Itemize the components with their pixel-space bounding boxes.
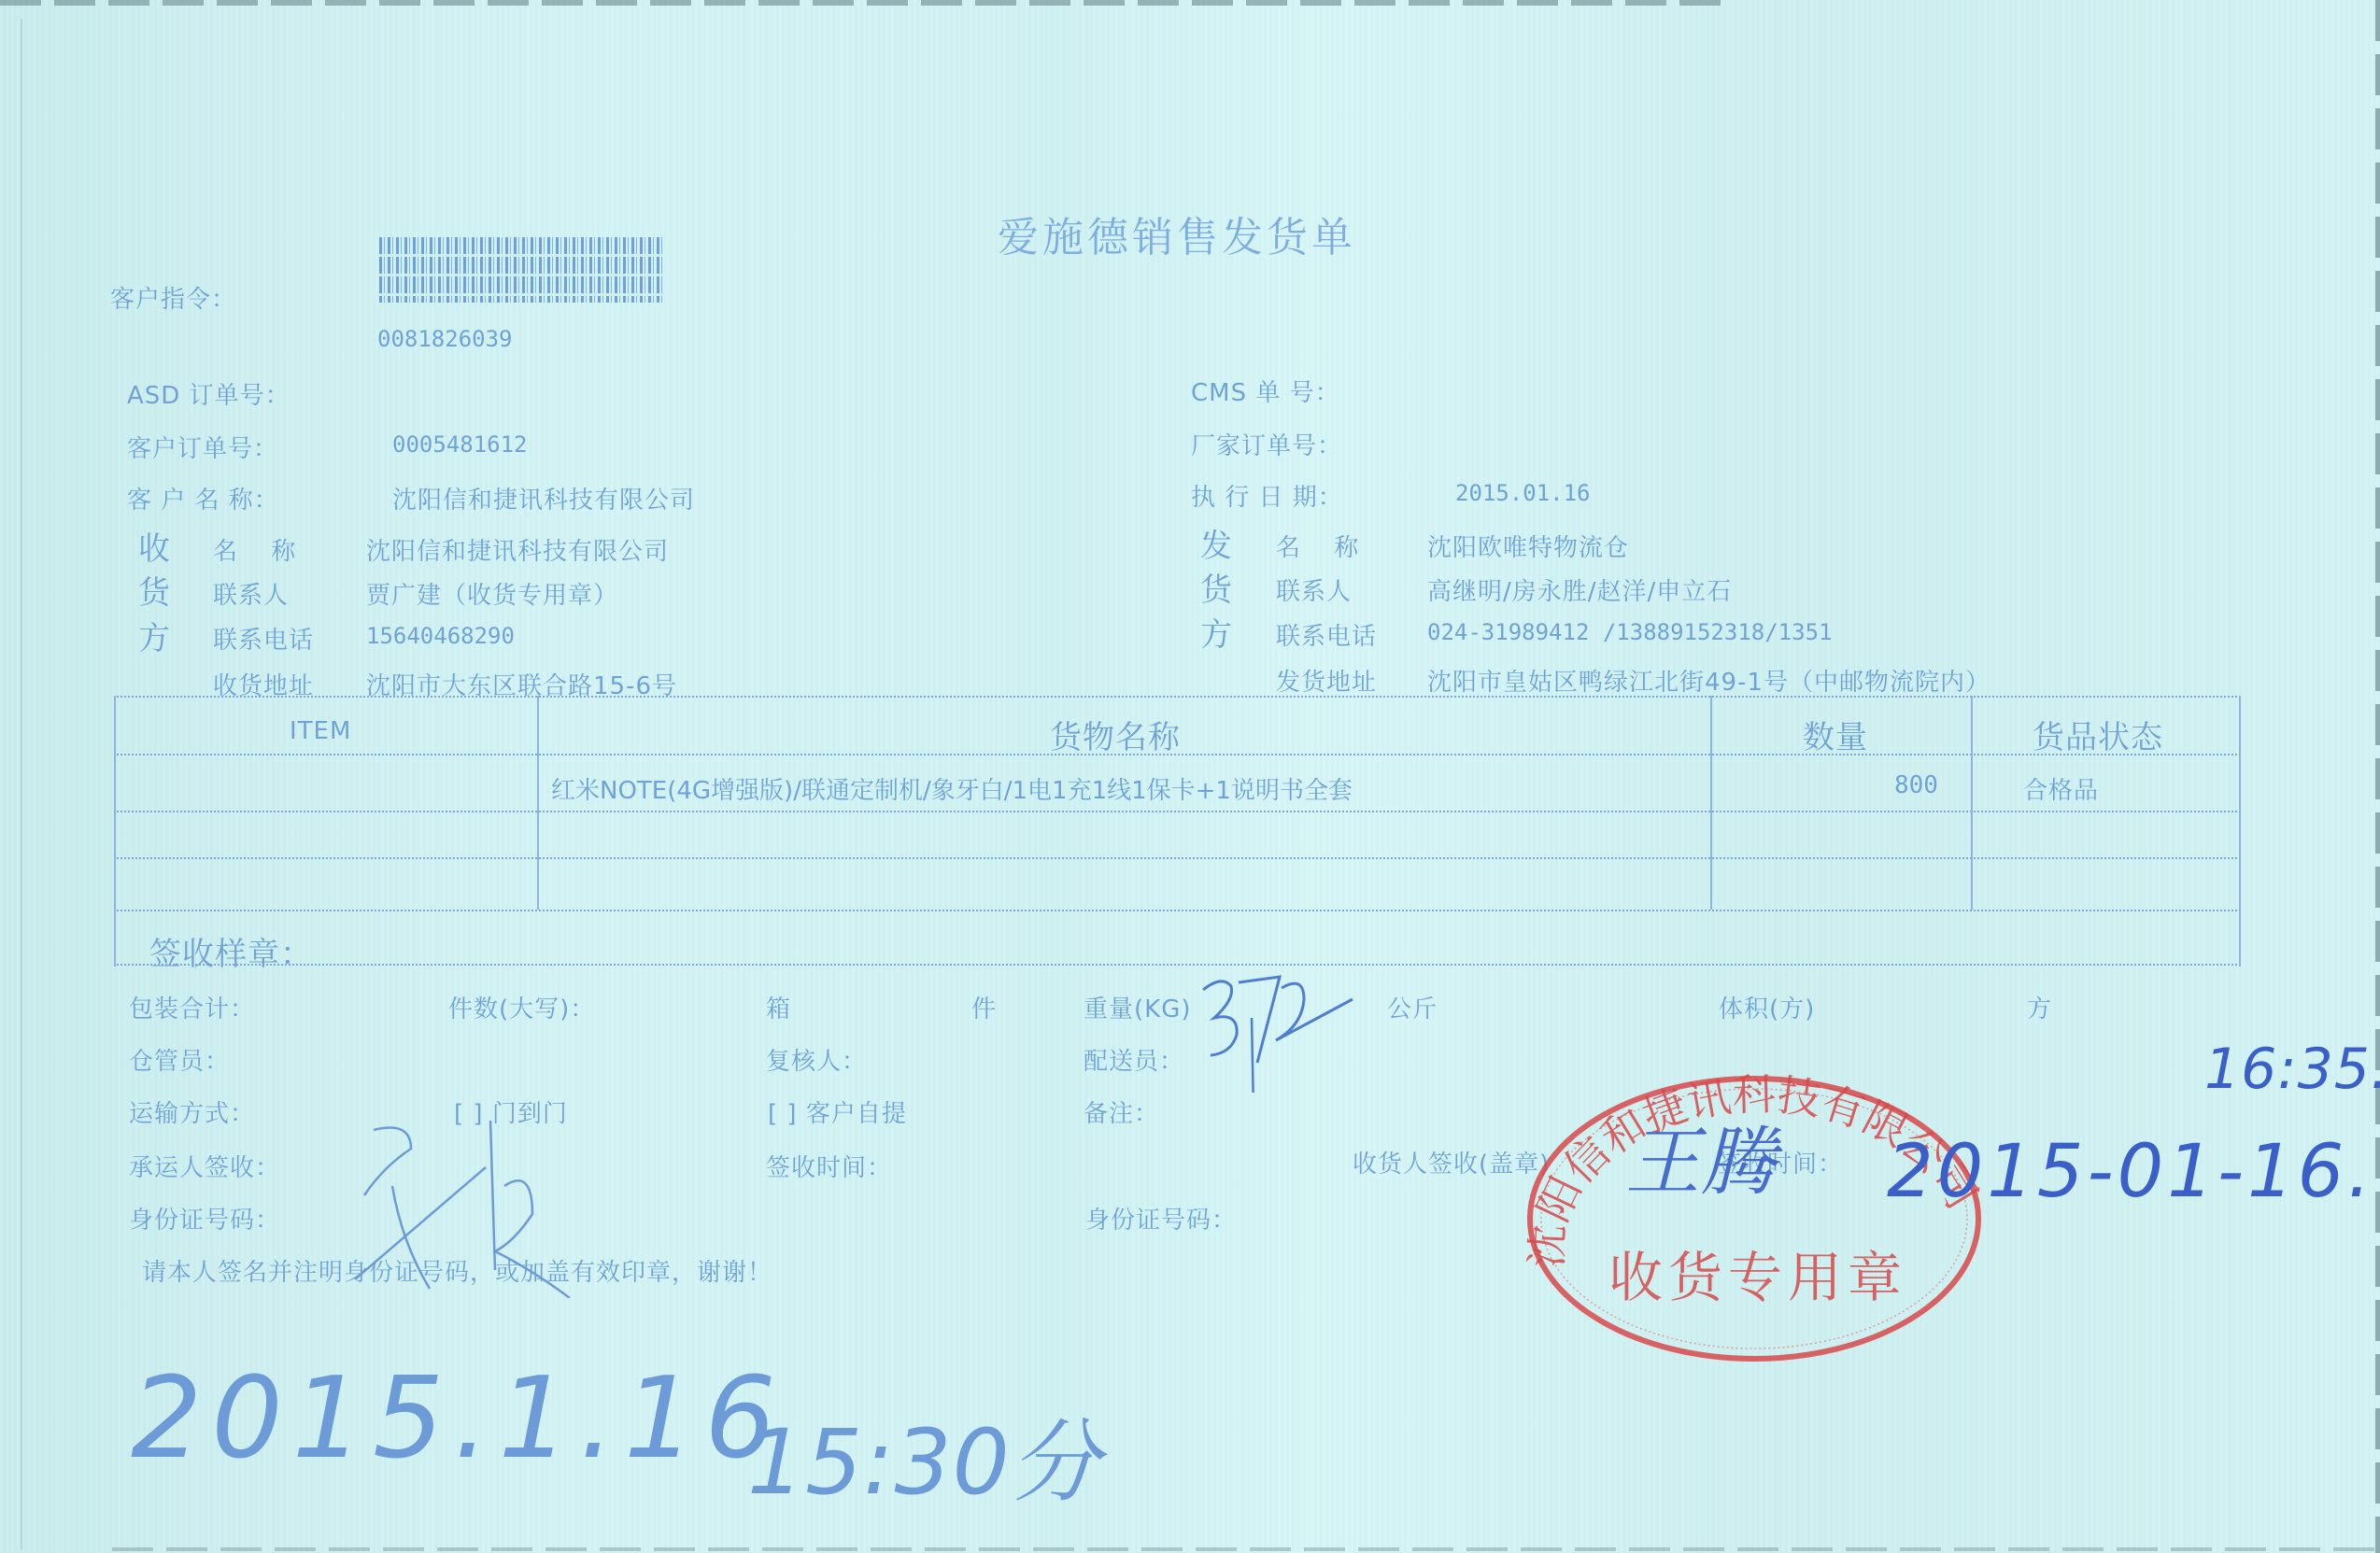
paper-left-edge (21, 19, 22, 1550)
vendor-order-label: 厂家订单号： (1191, 427, 1342, 461)
weight-value: 372 (1196, 981, 1200, 981)
shipper-name-value: 沈阳欧唯特物流仓 (1427, 529, 1629, 563)
deliverer-label: 配送员： (1084, 1042, 1184, 1077)
customer-instruction-label: 客户指令： (110, 280, 236, 315)
receiver-side-char-2: 货 (138, 567, 171, 613)
id-number-label-right: 身份证号码： (1085, 1201, 1237, 1235)
weight-label: 重量(KG) (1084, 990, 1192, 1024)
weight-unit-label: 公斤 (1387, 990, 1438, 1024)
svg-text:收货专用章: 收货专用章 (1608, 1246, 1907, 1309)
row-quantity: 800 (1894, 771, 1938, 799)
shipper-side-char-3: 方 (1200, 609, 1233, 655)
row-goods-name: 红米NOTE(4G增强版)/联通定制机/象牙白/1电1充1线1保卡+1说明书全套 (551, 771, 1353, 806)
consignee-signature: 王腾 (1625, 1102, 1777, 1209)
warehouse-keeper-label: 仓管员： (129, 1042, 230, 1077)
shipper-phone-value: 024-31989412 /13889152318/1351 (1427, 619, 1832, 645)
perforation-top (0, 0, 1728, 6)
cms-no-label: CMS 单 号： (1191, 374, 1340, 408)
customer-order-value: 0005481612 (392, 431, 528, 458)
receiver-name-label: 名 称 (213, 532, 308, 567)
handwritten-weight (1177, 962, 1364, 1093)
shipper-phone-label: 联系电话 (1276, 617, 1377, 652)
customer-pickup-option[interactable]: [ ] 客户自提 (768, 1094, 907, 1129)
exec-date-label: 执 行 日 期： (1191, 478, 1343, 513)
shipper-name-label: 名 称 (1276, 529, 1371, 563)
package-total-label: 包装合计： (129, 990, 255, 1024)
shipper-side-char-1: 发 (1200, 520, 1233, 566)
column-header-status: 货品状态 (2033, 712, 2163, 757)
reviewer-label: 复核人： (766, 1042, 867, 1077)
volume-label: 体积(方) (1719, 990, 1815, 1024)
volume-unit-label: 方 (2027, 990, 2052, 1024)
receiver-side-char-1: 收 (138, 523, 171, 569)
bottom-handwritten-date: 2015.1.16 (131, 1354, 786, 1484)
barcode (379, 237, 663, 303)
perforation-bottom (112, 1547, 2380, 1551)
row-status: 合格品 (2023, 771, 2099, 806)
customer-name-label: 客 户 名 称： (127, 481, 279, 515)
shipper-address-value: 沈阳市皇姑区鸭绿江北街49-1号（中邮物流院内） (1427, 663, 1990, 698)
receiver-side-char-3: 方 (138, 613, 171, 658)
transport-mode-label: 运输方式： (129, 1094, 255, 1129)
customer-instruction-value: 0081826039 (377, 326, 513, 352)
consignee-date: 2015-01-16. (1887, 1130, 2374, 1214)
sign-stamp-label: 签收样章： (149, 928, 313, 974)
column-header-goods-name: 货物名称 (1050, 712, 1181, 757)
piece-unit-label: 件 (971, 990, 997, 1024)
perforation-right (2375, 0, 2380, 1553)
pieces-caps-label: 件数(大写)： (448, 990, 595, 1024)
document-title: 爱施德销售发货单 (998, 204, 1356, 263)
receiver-contact-label: 联系人 (213, 576, 289, 611)
shipper-address-label: 发货地址 (1276, 663, 1377, 698)
shipper-side-char-2: 货 (1200, 564, 1233, 610)
customer-order-label: 客户订单号： (127, 430, 278, 464)
receiver-name-value: 沈阳信和捷讯科技有限公司 (366, 532, 669, 567)
bottom-handwritten-time: 15:30分 (747, 1391, 1101, 1519)
receiver-phone-value: 15640468290 (366, 623, 515, 649)
consignee-time: 16:35. (2204, 1037, 2380, 1102)
customer-name-value: 沈阳信和捷讯科技有限公司 (392, 481, 695, 515)
shipper-contact-value: 高继明/房永胜/赵洋/申立石 (1427, 572, 1732, 607)
column-header-quantity: 数量 (1803, 712, 1868, 757)
column-header-item: ITEM (290, 717, 351, 745)
receiver-phone-label: 联系电话 (213, 621, 314, 656)
asd-order-label: ASD 订单号： (127, 376, 290, 411)
shipper-contact-label: 联系人 (1276, 572, 1352, 607)
exec-date-value: 2015.01.16 (1455, 480, 1591, 506)
carrier-sign-label: 承运人签收： (129, 1149, 280, 1183)
receiver-contact-value: 贾广建（收货专用章） (366, 576, 618, 611)
box-unit-label: 箱 (766, 990, 791, 1024)
remarks-label: 备注： (1084, 1094, 1159, 1129)
sign-time-label: 签收时间： (766, 1149, 892, 1183)
id-number-label-left: 身份证号码： (129, 1201, 280, 1235)
carrier-signature (336, 1111, 616, 1298)
